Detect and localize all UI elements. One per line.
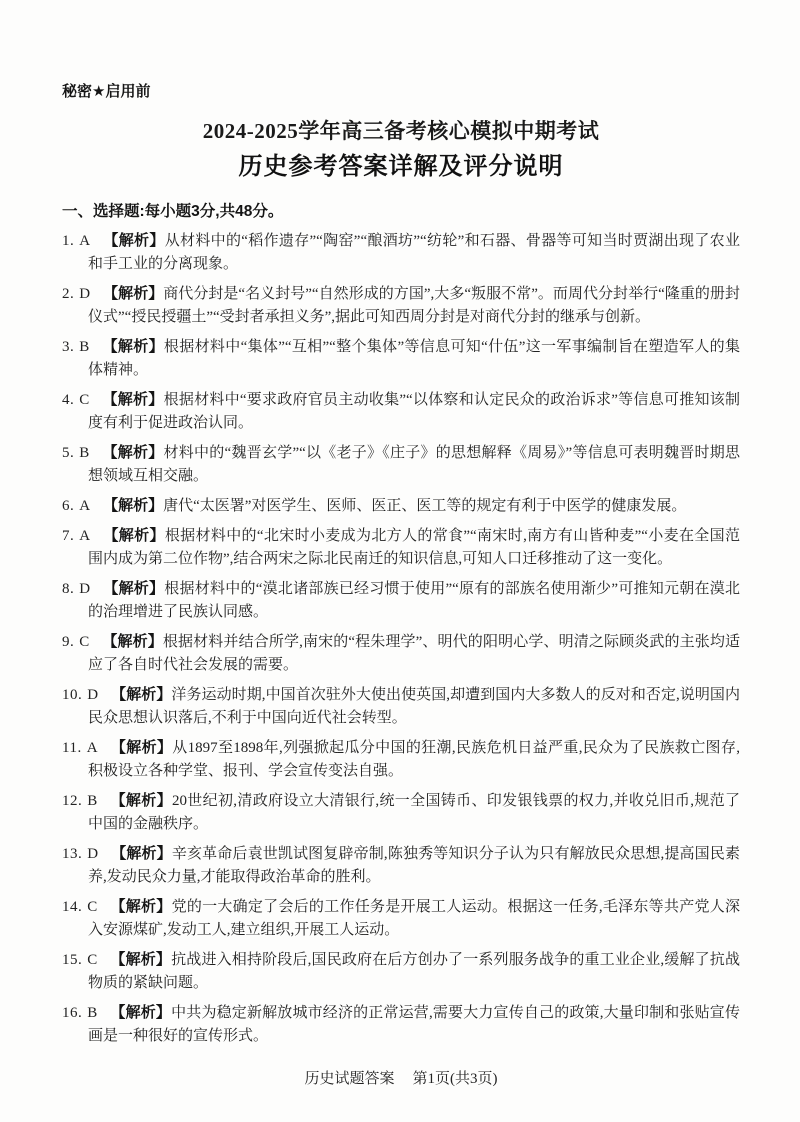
item-number: 12.: [62, 793, 82, 809]
item-number: 15.: [62, 952, 82, 968]
answer-key-page: 秘密★启用前 2024-2025学年高三备考核心模拟中期考试 历史参考答案详解及…: [0, 0, 800, 1122]
item-number: 3.: [62, 339, 74, 355]
answer-item: 5.B【解析】材料中的“魏晋玄学”“以《老子》《庄子》的思想解释《周易》”等信息…: [62, 441, 740, 488]
analysis-label: 【解析】: [102, 338, 164, 355]
answer-list: 1.A【解析】从材料中的“稻作遗存”“陶窑”“酿酒坊”“纺轮”和石器、骨器等可知…: [62, 229, 740, 1048]
section-heading-multiple-choice: 一、选择题:每小题3分,共48分。: [62, 200, 740, 223]
analysis-label: 【解析】: [111, 845, 172, 862]
item-answer-letter: C: [79, 392, 89, 408]
item-answer-letter: D: [79, 581, 90, 597]
analysis-label: 【解析】: [103, 527, 165, 544]
analysis-text: 抗战进入相持阶段后,国民政府在后方创办了一系列服务战争的重工业企业,缓解了抗战物…: [88, 952, 740, 991]
item-number: 16.: [62, 1005, 82, 1021]
answer-item: 11.A【解析】从1897至1898年,列强掀起瓜分中国的狂潮,民族危机日益严重…: [62, 736, 740, 783]
item-answer-letter: A: [79, 233, 90, 249]
item-answer-letter: D: [79, 286, 90, 302]
answer-item: 4.C【解析】根据材料中“要求政府官员主动收集”“以体察和认定民众的政治诉求”等…: [62, 388, 740, 435]
analysis-text: 20世纪初,清政府设立大清银行,统一全国铸币、印发银钱票的权力,并收兑旧币,规范…: [88, 793, 740, 832]
item-answer-letter: B: [87, 1005, 97, 1021]
answer-item: 2.D【解析】商代分封是“名义封号”“自然形成的方国”,大多“叛服不常”。而周代…: [62, 282, 740, 329]
item-answer-letter: C: [87, 952, 97, 968]
analysis-text: 根据材料中“集体”“互相”“整个集体”等信息可知“什伍”这一军事编制旨在塑造军人…: [88, 339, 740, 378]
answer-item: 10.D【解析】洋务运动时期,中国首次驻外大使出使英国,却遭到国内大多数人的反对…: [62, 683, 740, 730]
classification-label: 秘密★启用前: [62, 82, 740, 102]
answer-item: 16.B【解析】中共为稳定新解放城市经济的正常运营,需要大力宣传自己的政策,大量…: [62, 1001, 740, 1048]
item-answer-letter: B: [87, 793, 97, 809]
analysis-label: 【解析】: [110, 898, 171, 915]
analysis-text: 根据材料中的“北宋时小麦成为北方人的常食”“南宋时,南方有山皆种麦”“小麦在全国…: [88, 528, 740, 567]
item-number: 8.: [62, 581, 74, 597]
item-answer-letter: B: [79, 339, 89, 355]
item-number: 5.: [62, 445, 74, 461]
answer-item: 9.C【解析】根据材料并结合所学,南宋的“程朱理学”、明代的阳明心学、明清之际顾…: [62, 630, 740, 677]
answer-item: 8.D【解析】根据材料中的“漠北诸部族已经习惯于使用”“原有的部族名使用渐少”可…: [62, 577, 740, 624]
analysis-text: 根据材料中的“漠北诸部族已经习惯于使用”“原有的部族名使用渐少”可推知元朝在漠北…: [88, 581, 740, 620]
analysis-label: 【解析】: [111, 686, 171, 703]
analysis-label: 【解析】: [110, 1004, 171, 1021]
page-footer: 历史试题答案第1页(共3页): [62, 1068, 740, 1091]
item-answer-letter: D: [87, 846, 98, 862]
footer-page-number: 第1页(共3页): [413, 1071, 498, 1087]
analysis-label: 【解析】: [102, 444, 163, 461]
analysis-label: 【解析】: [110, 951, 171, 968]
answer-key-title: 历史参考答案详解及评分说明: [62, 150, 740, 184]
analysis-text: 商代分封是“名义封号”“自然形成的方国”,大多“叛服不常”。而周代分封举行“隆重…: [88, 286, 740, 325]
item-answer-letter: C: [87, 899, 97, 915]
analysis-text: 根据材料并结合所学,南宋的“程朱理学”、明代的阳明心学、明清之际顾炎武的主张均适…: [88, 634, 740, 673]
item-number: 7.: [62, 528, 74, 544]
item-answer-letter: D: [87, 687, 98, 703]
footer-doc-label: 历史试题答案: [304, 1071, 394, 1087]
exam-title: 2024-2025学年高三备考核心模拟中期考试: [62, 118, 740, 144]
item-number: 6.: [62, 498, 74, 514]
item-answer-letter: C: [79, 634, 89, 650]
analysis-text: 辛亥革命后袁世凯试图复辟帝制,陈独秀等知识分子认为只有解放民众思想,提高国民素养…: [88, 846, 740, 885]
analysis-label: 【解析】: [110, 792, 172, 809]
analysis-label: 【解析】: [111, 739, 173, 756]
analysis-label: 【解析】: [103, 580, 164, 597]
analysis-label: 【解析】: [103, 497, 163, 514]
answer-item: 1.A【解析】从材料中的“稻作遗存”“陶窑”“酿酒坊”“纺轮”和石器、骨器等可知…: [62, 229, 740, 276]
analysis-text: 洋务运动时期,中国首次驻外大使出使英国,却遭到国内大多数人的反对和否定,说明国内…: [88, 687, 740, 726]
analysis-text: 根据材料中“要求政府官员主动收集”“以体察和认定民众的政治诉求”等信息可推知该制…: [88, 392, 740, 431]
item-number: 1.: [62, 233, 74, 249]
item-number: 13.: [62, 846, 82, 862]
analysis-label: 【解析】: [102, 633, 163, 650]
answer-item: 3.B【解析】根据材料中“集体”“互相”“整个集体”等信息可知“什伍”这一军事编…: [62, 335, 740, 382]
analysis-text: 从1897至1898年,列强掀起瓜分中国的狂潮,民族危机日益严重,民众为了民族救…: [88, 740, 740, 779]
item-number: 9.: [62, 634, 74, 650]
item-number: 10.: [62, 687, 82, 703]
item-number: 2.: [62, 286, 74, 302]
analysis-text: 中共为稳定新解放城市经济的正常运营,需要大力宣传自己的政策,大量印制和张贴宣传画…: [88, 1005, 740, 1044]
analysis-label: 【解析】: [103, 232, 165, 249]
answer-item: 14.C【解析】党的一大确定了会后的工作任务是开展工人运动。根据这一任务,毛泽东…: [62, 895, 740, 942]
analysis-text: 唐代“太医署”对医学生、医师、医正、医工等的规定有利于中医学的健康发展。: [163, 498, 686, 514]
item-number: 14.: [62, 899, 82, 915]
item-answer-letter: A: [87, 740, 98, 756]
analysis-text: 材料中的“魏晋玄学”“以《老子》《庄子》的思想解释《周易》”等信息可表明魏晋时期…: [88, 445, 740, 484]
item-answer-letter: A: [79, 528, 90, 544]
analysis-label: 【解析】: [103, 285, 163, 302]
analysis-text: 从材料中的“稻作遗存”“陶窑”“酿酒坊”“纺轮”和石器、骨器等可知当时贾湖出现了…: [88, 233, 740, 272]
answer-item: 13.D【解析】辛亥革命后袁世凯试图复辟帝制,陈独秀等知识分子认为只有解放民众思…: [62, 842, 740, 889]
item-answer-letter: A: [79, 498, 90, 514]
answer-item: 15.C【解析】抗战进入相持阶段后,国民政府在后方创办了一系列服务战争的重工业企…: [62, 948, 740, 995]
answer-item: 7.A【解析】根据材料中的“北宋时小麦成为北方人的常食”“南宋时,南方有山皆种麦…: [62, 524, 740, 571]
answer-item: 12.B【解析】20世纪初,清政府设立大清银行,统一全国铸币、印发银钱票的权力,…: [62, 789, 740, 836]
answer-item: 6.A【解析】唐代“太医署”对医学生、医师、医正、医工等的规定有利于中医学的健康…: [62, 494, 740, 518]
item-answer-letter: B: [79, 445, 89, 461]
item-number: 4.: [62, 392, 74, 408]
item-number: 11.: [62, 740, 82, 756]
analysis-label: 【解析】: [102, 391, 163, 408]
analysis-text: 党的一大确定了会后的工作任务是开展工人运动。根据这一任务,毛泽东等共产党人深入安…: [88, 899, 740, 938]
